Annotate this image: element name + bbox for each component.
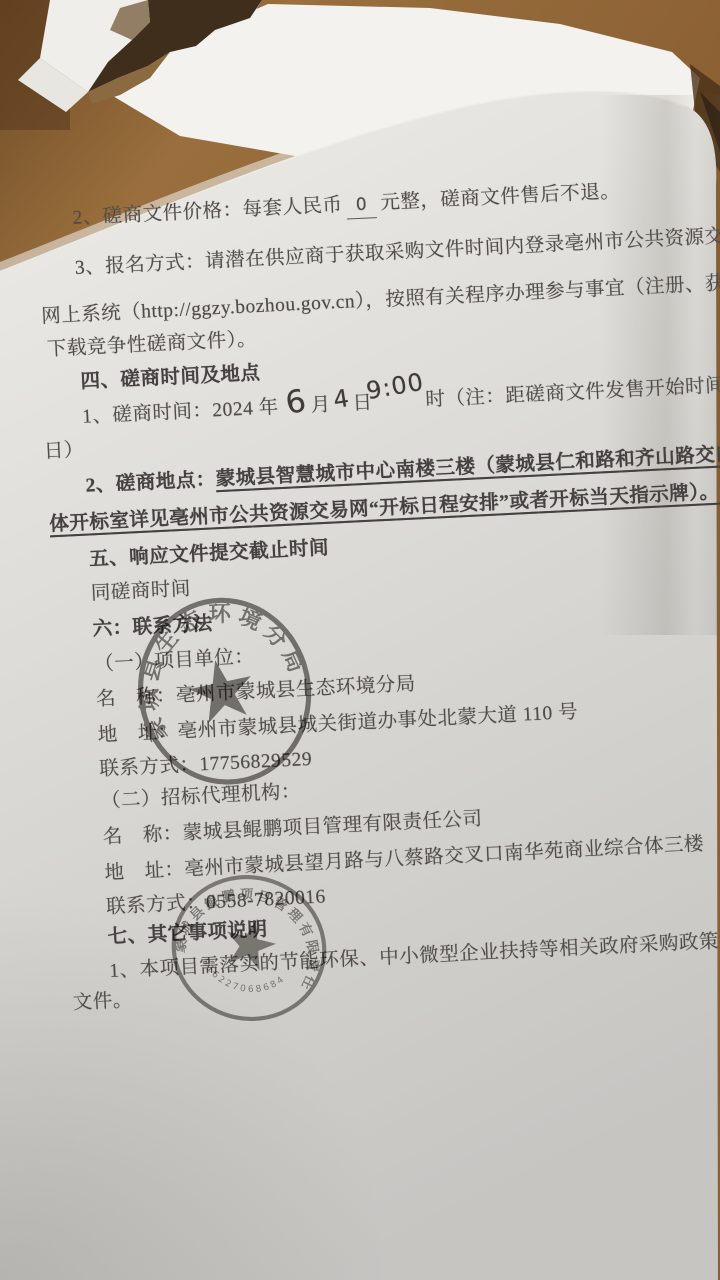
field-label: 联系方式： [106,892,207,918]
handwritten-month: 6 [283,387,308,417]
text-run: 月 [310,395,331,417]
line-unit2-tel: 联系方式：0558-7820016 [64,884,327,923]
document-text-block: 2、磋商文件价格：每套人民币0元整，磋商文件售后不退。 3、报名方式：请潜在供应… [30,174,720,1207]
line-signup-3: 下载竞争性磋商文件）。 [46,327,257,363]
line-time-cont: 日） [43,438,84,466]
text-run: 2、磋商地点： [85,469,216,496]
handwritten-day: 4 [331,385,351,413]
section-heading-7: 七、其它事项说明 [65,917,268,953]
line-signup-1: 3、报名方式：请潜在供应商于获取采购文件时间内登录亳州市公共资源交易网 [32,222,720,284]
field-label: 名 称： [96,685,177,710]
field-label: 联系方式： [99,754,200,780]
line-unit1-name: 名 称：亳州市蒙城县生态环境分局 [54,672,417,716]
field-value: 亳州市蒙城县生态环境分局 [176,674,417,707]
field-value: 蒙城县鲲鹏项目管理有限责任公司 [182,809,483,845]
line-other-2: 文件。 [72,988,133,1017]
field-label: 名 称： [102,823,183,848]
photo-of-document: { "photo": { "scene": "paper procurement… [0,0,720,1280]
line-unit2-title: （二）招标代理机构： [59,779,302,817]
handwritten-price-blank: 0 [346,191,377,219]
field-label: 地 址： [104,859,185,884]
line-sec5-body: 同磋商时间 [48,577,191,610]
section-heading-5: 五、响应文件提交截止时间 [47,536,330,576]
section-heading-6: 六：联系方法 [50,612,213,646]
field-value: 亳州市蒙城县城关街道办事处北蒙大道 110 号 [177,702,578,743]
line-unit1-tel: 联系方式：17756829529 [57,747,313,785]
field-value: 0558-7820016 [206,886,327,913]
text-run: 1、磋商时间：2024 年 [82,397,279,428]
line-unit1-title: （一）项目单位： [52,645,255,681]
field-value: 17756829529 [199,749,313,775]
handwritten-time: 9:00 [364,369,425,404]
field-label: 地 址： [97,721,178,746]
text-run: 时（注：距磋商文件发售开始时间不少于 10 [425,371,720,411]
